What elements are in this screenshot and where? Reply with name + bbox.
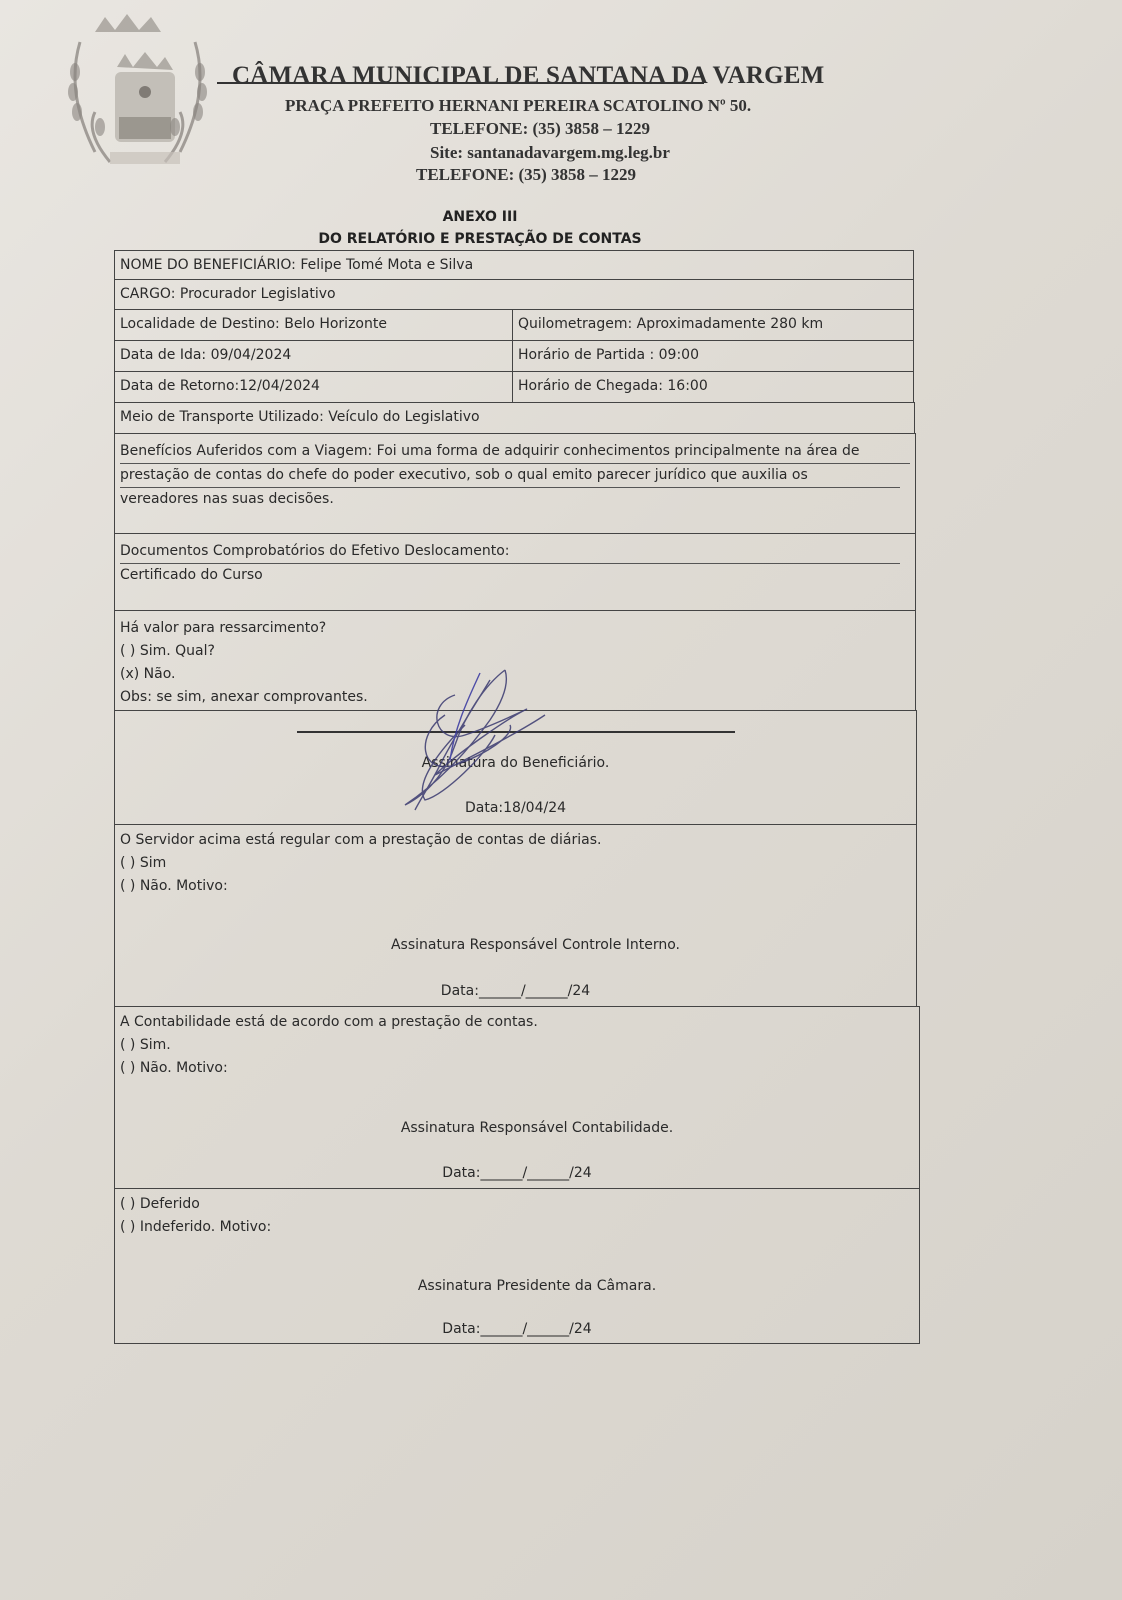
chamber-title: CÂMARA MUNICIPAL DE SANTANA DA VARGEM xyxy=(232,62,824,90)
benefits: Benefícios Auferidos com a Viagem: Foi u… xyxy=(115,434,915,533)
reimbursement: Há valor para ressarcimento? ( ) Sim. Qu… xyxy=(115,611,915,710)
row-internal-control: O Servidor acima está regular com a pres… xyxy=(114,824,917,1007)
arrival-time: Horário de Chegada: 16:00 xyxy=(512,372,913,402)
internal-control-statement: O Servidor acima está regular com a pres… xyxy=(120,829,911,852)
internal-control-option-yes[interactable]: ( ) Sim xyxy=(120,852,911,875)
row-beneficiary: NOME DO BENEFICIÁRIO: Felipe Tomé Mota e… xyxy=(114,250,914,280)
beneficiary-signature-line[interactable] xyxy=(297,731,735,733)
reimbursement-option-yes[interactable]: ( ) Sim. Qual? xyxy=(120,640,910,663)
documents-label: Documentos Comprobatórios do Efetivo Des… xyxy=(120,540,900,564)
return-date: Data de Retorno:12/04/2024 xyxy=(115,372,513,402)
accounting: A Contabilidade está de acordo com a pre… xyxy=(115,1007,919,1188)
beneficiary-name: NOME DO BENEFICIÁRIO: Felipe Tomé Mota e… xyxy=(115,251,913,279)
row-departure: Data de Ida: 09/04/2024 Horário de Parti… xyxy=(114,340,914,372)
internal-control: O Servidor acima está regular com a pres… xyxy=(115,825,916,1006)
beneficiary-signature-label: Assinatura do Beneficiário. xyxy=(115,755,916,771)
internal-control-option-no[interactable]: ( ) Não. Motivo: xyxy=(120,875,911,898)
reimbursement-note: Obs: se sim, anexar comprovantes. xyxy=(120,686,910,709)
accounting-option-yes[interactable]: ( ) Sim. xyxy=(120,1034,914,1057)
row-return: Data de Retorno:12/04/2024 Horário de Ch… xyxy=(114,371,914,403)
accounting-date[interactable]: Data:______/______/24 xyxy=(115,1165,919,1181)
chamber-site: Site: santanadavargem.mg.leg.br xyxy=(430,143,670,163)
row-transport: Meio de Transporte Utilizado: Veículo do… xyxy=(114,402,915,434)
benefits-line-2: prestação de contas do chefe do poder ex… xyxy=(120,464,900,488)
destination: Localidade de Destino: Belo Horizonte xyxy=(115,310,513,340)
reimbursement-question: Há valor para ressarcimento? xyxy=(120,617,910,640)
documents: Documentos Comprobatórios do Efetivo Des… xyxy=(115,534,915,610)
row-documents: Documentos Comprobatórios do Efetivo Des… xyxy=(114,533,916,611)
chamber-title-text: CÂMARA MUNICIPAL DE SANTANA DA VARGEM xyxy=(232,62,824,89)
row-benefits: Benefícios Auferidos com a Viagem: Foi u… xyxy=(114,433,916,534)
row-reimbursement: Há valor para ressarcimento? ( ) Sim. Qu… xyxy=(114,610,916,711)
chamber-address: PRAÇA PREFEITO HERNANI PEREIRA SCATOLINO… xyxy=(285,96,751,116)
documents-value: Certificado do Curso xyxy=(120,564,910,587)
benefits-line-1: Benefícios Auferidos com a Viagem: Foi u… xyxy=(120,440,910,464)
row-accounting: A Contabilidade está de acordo com a pre… xyxy=(114,1006,920,1189)
departure-time: Horário de Partida : 09:00 xyxy=(512,341,913,371)
president-option-rejected[interactable]: ( ) Indeferido. Motivo: xyxy=(120,1216,914,1239)
municipal-crest-logo xyxy=(55,12,220,177)
benefits-line-3: vereadores nas suas decisões. xyxy=(120,488,910,511)
reimbursement-option-no[interactable]: (x) Não. xyxy=(120,663,910,686)
president-option-approved[interactable]: ( ) Deferido xyxy=(120,1193,914,1216)
row-destination: Localidade de Destino: Belo Horizonte Qu… xyxy=(114,309,914,341)
internal-control-date[interactable]: Data:______/______/24 xyxy=(115,983,916,999)
accounting-option-no[interactable]: ( ) Não. Motivo: xyxy=(120,1057,914,1080)
chamber-telephone-2: TELEFONE: (35) 3858 – 1229 xyxy=(416,165,636,185)
accounting-statement: A Contabilidade está de acordo com a pre… xyxy=(120,1011,914,1034)
beneficiary-signature-date: Data:18/04/24 xyxy=(115,800,916,816)
president-date[interactable]: Data:______/______/24 xyxy=(115,1321,919,1337)
row-president: ( ) Deferido ( ) Indeferido. Motivo: Ass… xyxy=(114,1188,920,1344)
president-signature-label: Assinatura Presidente da Câmara. xyxy=(155,1278,919,1294)
row-beneficiary-signature: Assinatura do Beneficiário. Data:18/04/2… xyxy=(114,710,917,825)
row-position: CARGO: Procurador Legislativo xyxy=(114,279,914,310)
chamber-telephone: TELEFONE: (35) 3858 – 1229 xyxy=(430,119,650,139)
departure-date: Data de Ida: 09/04/2024 xyxy=(115,341,513,371)
president: ( ) Deferido ( ) Indeferido. Motivo: xyxy=(115,1189,919,1343)
position: CARGO: Procurador Legislativo xyxy=(115,280,913,309)
annex-title: DO RELATÓRIO E PRESTAÇÃO DE CONTAS xyxy=(0,231,960,247)
internal-control-signature-label: Assinatura Responsável Controle Interno. xyxy=(155,937,916,953)
annex-number: ANEXO III xyxy=(0,209,960,225)
accounting-signature-label: Assinatura Responsável Contabilidade. xyxy=(155,1120,919,1136)
title-strike-line xyxy=(217,82,704,84)
transport: Meio de Transporte Utilizado: Veículo do… xyxy=(115,403,914,433)
mileage: Quilometragem: Aproximadamente 280 km xyxy=(512,310,913,340)
